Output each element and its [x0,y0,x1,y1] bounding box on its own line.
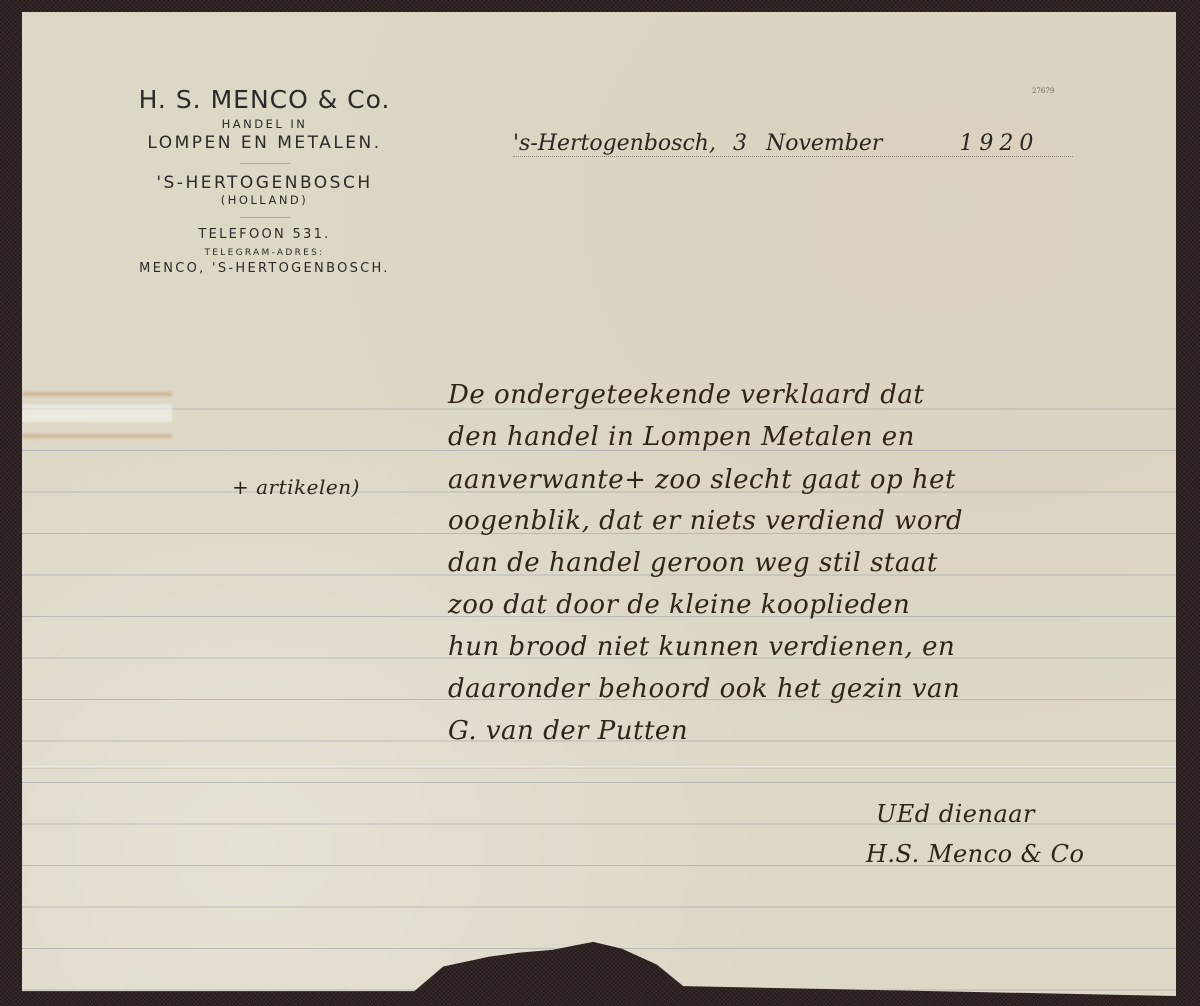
body-line: dan de handel geroon weg stil staat [448,548,938,578]
divider [240,163,290,164]
margin-note: + artikelen) [232,475,360,499]
body-line: zoo dat door de kleine kooplieden [448,590,910,620]
date-place: 's-Hertogenbosch, [513,131,716,156]
serial-number: 27679 [1032,87,1054,95]
letterhead: H. S. MENCO & Co. HANDEL IN LOMPEN EN ME… [92,85,437,276]
date-day: 3 [733,131,747,156]
trade-intro: HANDEL IN [92,117,437,131]
telegram-address: MENCO, 'S-HERTOGENBOSCH. [92,261,437,276]
body-line: oogenblik, dat er niets verdiend word [448,506,963,536]
phone: TELEFOON 531. [92,227,437,242]
body-line: hun brood niet kunnen verdienen, en [448,632,955,662]
body-line: aanverwante+ zoo slecht gaat op het [448,465,956,495]
telegram-label: TELEGRAM-ADRES: [92,248,437,258]
date-month: November [766,131,882,156]
company-name: H. S. MENCO & Co. [92,85,437,114]
date-year: 1920 [959,131,1039,156]
country: (HOLLAND) [92,193,437,207]
city: 'S-HERTOGENBOSCH [92,173,437,193]
body-line: den handel in Lompen Metalen en [448,422,915,452]
signature: H.S. Menco & Co [866,840,1084,868]
paper-fold [22,766,1176,769]
body-line: De ondergeteekende verklaard dat [448,380,924,410]
body-line: daaronder behoord ook het gezin van [448,674,960,704]
body-line: G. van der Putten [448,716,688,746]
trade-description: LOMPEN EN METALEN. [92,133,437,153]
dateline: 's-Hertogenbosch, 3 November 1920 [513,131,1073,157]
closing-salutation: UEd dienaar [876,800,1035,828]
divider [240,217,290,218]
rust-stain [22,382,172,462]
